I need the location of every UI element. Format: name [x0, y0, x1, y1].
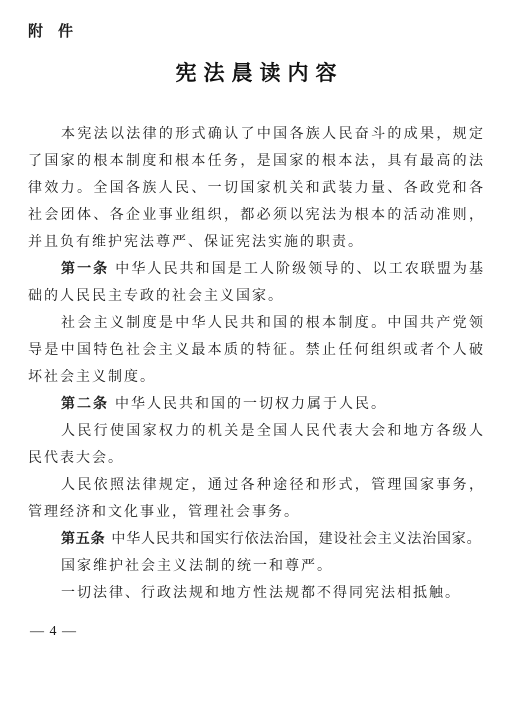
paragraph: 一切法律、行政法规和地方性法规都不得同宪法相抵触。 — [28, 580, 485, 607]
paragraph-text: 中华人民共和国实行依法治国，建设社会主义法治国家。 — [111, 532, 481, 547]
article-number: 第一条 — [61, 262, 109, 277]
paragraph-text: 中华人民共和国的一切权力属于人民。 — [115, 397, 387, 412]
paragraph-text: 本宪法以法律的形式确认了中国各族人民奋斗的成果，规定了国家的根本制度和根本任务，… — [28, 127, 485, 250]
article-number: 第二条 — [61, 397, 109, 412]
article-number: 第五条 — [61, 532, 105, 547]
paragraph: 人民行使国家权力的机关是全国人民代表大会和地方各级人民代表大会。 — [28, 418, 485, 472]
paragraph: 人民依照法律规定，通过各种途径和形式，管理国家事务，管理经济和文化事业，管理社会… — [28, 472, 485, 526]
paragraph: 第一条中华人民共和国是工人阶级领导的、以工农联盟为基础的人民民主专政的社会主义国… — [28, 256, 485, 310]
paragraph: 社会主义制度是中华人民共和国的根本制度。中国共产党领导是中国特色社会主义最本质的… — [28, 310, 485, 391]
page-number: — 4 — — [30, 624, 77, 640]
paragraph-text: 人民依照法律规定，通过各种途径和形式，管理国家事务，管理经济和文化事业，管理社会… — [28, 478, 485, 520]
document-page: 附 件 宪法晨读内容 本宪法以法律的形式确认了中国各族人民奋斗的成果，规定了国家… — [0, 0, 512, 720]
paragraph-text: 国家维护社会主义法制的统一和尊严。 — [61, 559, 333, 574]
page-title: 宪法晨读内容 — [0, 57, 512, 87]
paragraph-text: 人民行使国家权力的机关是全国人民代表大会和地方各级人民代表大会。 — [28, 424, 485, 466]
paragraph-text: 一切法律、行政法规和地方性法规都不得同宪法相抵触。 — [61, 586, 461, 601]
attachment-label: 附 件 — [28, 20, 73, 41]
paragraph: 第二条中华人民共和国的一切权力属于人民。 — [28, 391, 485, 418]
paragraph: 本宪法以法律的形式确认了中国各族人民奋斗的成果，规定了国家的根本制度和根本任务，… — [28, 121, 485, 256]
document-body: 本宪法以法律的形式确认了中国各族人民奋斗的成果，规定了国家的根本制度和根本任务，… — [28, 121, 485, 607]
paragraph: 第五条中华人民共和国实行依法治国，建设社会主义法治国家。 — [28, 526, 485, 553]
paragraph-text: 社会主义制度是中华人民共和国的根本制度。中国共产党领导是中国特色社会主义最本质的… — [28, 316, 485, 385]
paragraph: 国家维护社会主义法制的统一和尊严。 — [28, 553, 485, 580]
